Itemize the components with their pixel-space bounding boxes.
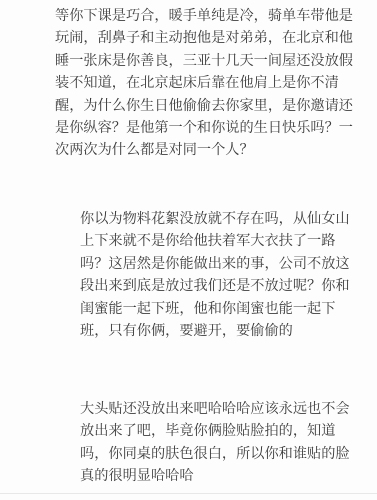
paragraph-1: 等你下课是巧合，暖手单纯是冷，骑单车带他是玩闹，刮鼻子和主动抱他是对弟弟，在北京… bbox=[55, 5, 355, 162]
paragraph-3: 大头贴还没放出来吧哈哈哈应该永远也不会放出来了吧，毕竟你俩脸贴脸拍的，知道吗，你… bbox=[80, 398, 354, 488]
text-page: 等你下课是巧合，暖手单纯是冷，骑单车带他是玩闹，刮鼻子和主动抱他是对弟弟，在北京… bbox=[0, 0, 377, 500]
bottom-divider bbox=[0, 493, 377, 494]
paragraph-2: 你以为物料花絮没放就不存在吗，从仙女山上下来就不是你给他扶着军大衣扶了一路吗？这… bbox=[80, 208, 354, 342]
